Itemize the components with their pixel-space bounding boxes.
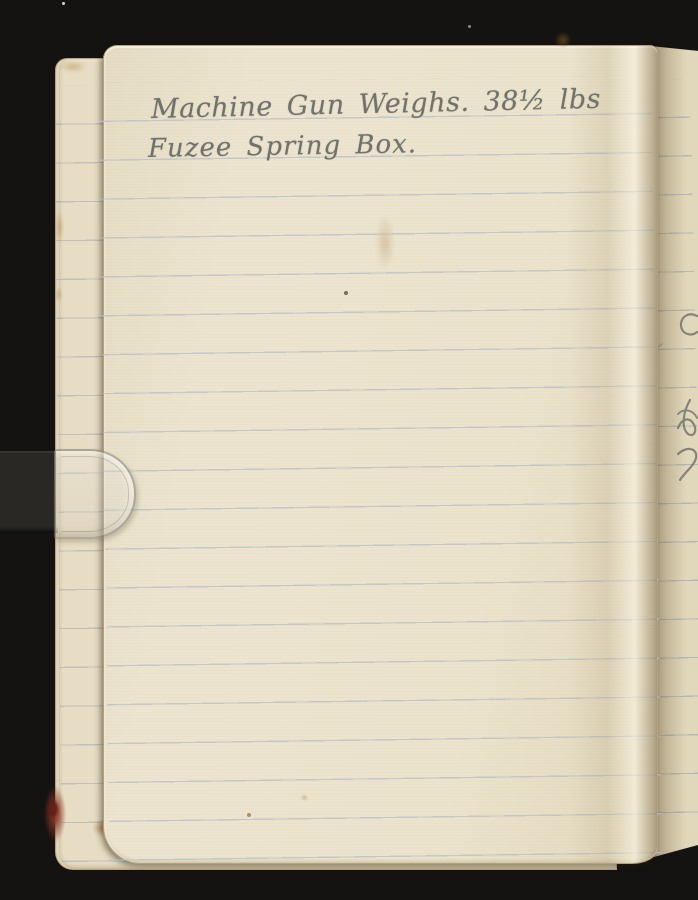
foxing-stain	[59, 60, 87, 73]
notebook-page: Machine Gun Weighs. 38½ lbs Fuzee Spring…	[103, 45, 658, 864]
photo-backdrop: Machine Gun Weighs. 38½ lbs Fuzee Spring…	[0, 0, 698, 900]
holding-strap-band	[0, 451, 58, 533]
foxing-stain	[55, 211, 64, 243]
handwriting-line-2: Fuzee Spring Box.	[148, 129, 418, 164]
dust-speck	[468, 25, 471, 28]
foxing-stain	[55, 287, 63, 302]
gutter-shadow	[104, 46, 657, 863]
dust-speck	[62, 2, 65, 5]
red-edge-stain	[48, 801, 58, 817]
